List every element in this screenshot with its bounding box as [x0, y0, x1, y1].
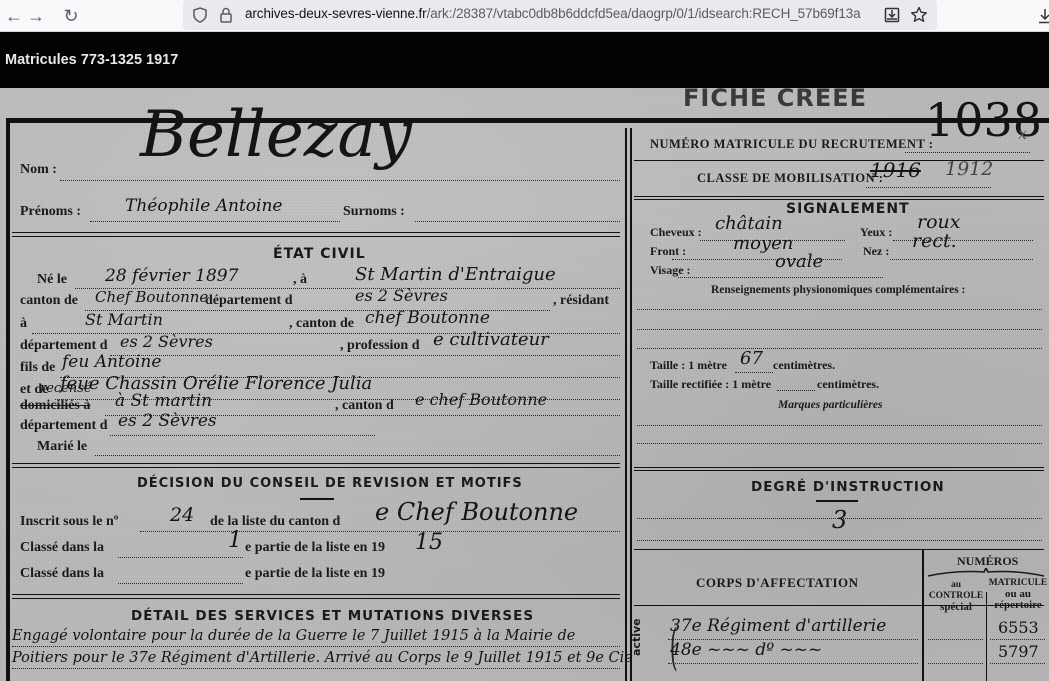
degre-value: 3 [832, 506, 847, 534]
decision-underline [300, 498, 334, 500]
departement3-line [110, 435, 375, 436]
taille-rect-unit: centimètres. [817, 377, 879, 392]
prenoms-label: Prénoms : [20, 204, 81, 220]
corps-row-line [668, 663, 918, 664]
nez-label: Nez : [863, 244, 889, 259]
shield-icon[interactable] [190, 5, 210, 25]
renseignements-label: Renseignements physionomiques complément… [711, 284, 965, 296]
degre-rule-2 [634, 470, 1044, 471]
canton-value: Chef Boutonne [95, 288, 208, 306]
reload-icon[interactable]: ↻ [59, 4, 83, 28]
prenoms-value: Théophile Antoine [125, 196, 283, 216]
inscrit-value: 24 [170, 504, 194, 526]
browser-toolbar: ← → ↻ archives-deux-sevres-vienne.fr/ark… [0, 0, 1049, 32]
profession-value: e cultivateur [433, 329, 549, 350]
degre-underline [816, 500, 858, 502]
numeros-title: NUMÉROS [957, 554, 1018, 569]
inscrit-label: Inscrit sous le nº [20, 514, 118, 530]
residant-label: , résidant [553, 293, 609, 309]
section-rule-3 [12, 463, 620, 464]
visage-line [678, 277, 883, 278]
mere-value: feue Chassin Orélie Florence Julia [60, 373, 372, 394]
yeux-label: Yeux : [860, 225, 892, 240]
matricule-row-line [990, 663, 1045, 664]
matricule-line [905, 152, 1030, 153]
partie1-label: e partie de la liste en 19 [245, 540, 385, 556]
domicile-value: à St martin [115, 391, 212, 411]
classe-value: 1912 [945, 158, 993, 180]
partie1-year: 15 [415, 530, 443, 555]
classe-line [866, 187, 991, 188]
ne-le-value: 28 février 1897 [105, 266, 238, 286]
canton-dom-value: e chef Boutonne [415, 390, 547, 409]
classe1-label: Classé dans la [20, 540, 104, 556]
inscrit-line [140, 531, 620, 532]
col-matricule-header: MATRICULE ou au répertoire [988, 578, 1048, 611]
taille-label: Taille : 1 mètre [650, 358, 727, 373]
services-title: DÉTAIL DES SERVICES ET MUTATIONS DIVERSE… [131, 608, 534, 624]
ne-le-label: Né le [37, 272, 67, 288]
nom-value: Bellezay [140, 98, 412, 172]
marques-line-2 [637, 443, 1042, 444]
cheveux-value: châtain [715, 213, 783, 234]
nez-line [890, 259, 1033, 260]
col-controle-header: au CONTROLE spécial [926, 580, 986, 613]
nom-label: Nom : [20, 162, 57, 178]
front-label: Front : [650, 244, 686, 259]
taille-unit: centimètres. [773, 358, 835, 373]
save-to-pocket-icon[interactable] [882, 5, 902, 25]
taille-line [735, 372, 773, 373]
partie2-label: e partie de la liste en 19 [245, 566, 385, 582]
profession-label: , profession d [340, 338, 419, 354]
corps-cell: 48e ~~~ dº ~~~ [670, 640, 822, 660]
address-bar[interactable]: archives-deux-sevres-vienne.fr/ark:/2838… [183, 0, 937, 30]
liste-canton-value: e Chef Boutonne [375, 498, 578, 526]
classe-rule-2 [634, 199, 1044, 200]
residence-value: St Martin [85, 310, 163, 329]
taille-rect-label: Taille rectifiée : 1 mètre [650, 377, 771, 392]
classe2-line [118, 583, 243, 584]
renseignements-line-2 [637, 329, 1042, 330]
matricule-label: NUMÉRO MATRICULE DU RECRUTEMENT : [650, 137, 933, 152]
recense-value: recensé [40, 381, 92, 396]
fiche-creee-stamp: FICHE CREEE [683, 88, 867, 112]
section-rule-4 [12, 467, 620, 468]
services-line-1: Engagé volontaire pour la durée de la Gu… [12, 628, 575, 644]
canton-dom-label: , canton d [335, 398, 394, 414]
section-rule-5 [12, 594, 620, 595]
url-text[interactable]: archives-deux-sevres-vienne.fr/ark:/2838… [245, 6, 861, 21]
viewer-header: Matricules 773-1325 1917 [0, 32, 1049, 88]
matricule-cell: 5797 [998, 642, 1039, 661]
corps-cell: 37e Régiment d'artillerie [670, 616, 886, 636]
section-rule [12, 232, 620, 233]
classe-label: CLASSE DE MOBILISATION : [697, 171, 883, 186]
canton-res-label: , canton de [289, 316, 354, 332]
column-divider-inner [630, 128, 632, 681]
document-scan[interactable]: FICHE CREEE Nom : Bellezay Prénoms : Thé… [0, 88, 1049, 681]
matricule-row-line [990, 639, 1045, 640]
taille-rect-line [777, 390, 815, 391]
renseignements-line-1 [637, 309, 1042, 310]
services-rule-2 [12, 668, 620, 669]
classe1-line [118, 557, 243, 558]
forward-arrow-icon[interactable]: → [24, 4, 48, 28]
birthplace-value: St Martin d'Entraigue [355, 264, 556, 285]
profession-line [110, 355, 620, 356]
star-icon[interactable] [909, 5, 929, 25]
canton-res-value: chef Boutonne [365, 308, 490, 328]
domicilies-label: domiciliés à [20, 398, 90, 414]
numeros-brace [926, 568, 1046, 578]
active-label: active [630, 618, 643, 656]
controle-row-line [928, 663, 983, 664]
controle-row-line [928, 639, 983, 640]
back-arrow-icon[interactable]: ← [2, 4, 26, 28]
lock-icon[interactable] [216, 5, 236, 25]
etat-civil-title: ÉTAT CIVIL [273, 246, 366, 262]
classe-rule [634, 196, 1044, 197]
services-rule-1 [12, 646, 620, 647]
classe-value-struck: 1916 [870, 158, 921, 182]
classe1-value: 1 [228, 528, 242, 553]
nom-line [60, 180, 620, 181]
services-line-2: Poitiers pour le 37e Régiment d'Artiller… [12, 650, 633, 666]
corps-rule [634, 549, 1044, 550]
cheveux-label: Cheveux : [650, 225, 702, 240]
visage-label: Visage : [650, 263, 691, 278]
download-icon[interactable] [1033, 4, 1049, 28]
pere-value: feu Antoine [62, 352, 161, 372]
marie-line [95, 455, 620, 456]
decision-title: DÉCISION DU CONSEIL DE REVISION ET MOTIF… [137, 476, 523, 491]
viewer-title: Matricules 773-1325 1917 [5, 52, 178, 68]
departement-label: département d [205, 293, 293, 309]
matricule-cell: 6553 [998, 618, 1039, 637]
table-header-rule [634, 605, 1044, 606]
fils-de-label: fils de [20, 360, 55, 376]
departement3-value: es 2 Sèvres [118, 411, 217, 431]
prenoms-line [90, 221, 340, 222]
marques-label: Marques particulières [778, 399, 882, 411]
departement3-label: département d [20, 418, 108, 434]
degre-rule [634, 467, 1044, 468]
departement-value: es 2 Sèvres [355, 286, 448, 305]
signalement-title: SIGNALEMENT [786, 201, 910, 217]
marques-line-1 [637, 425, 1042, 426]
corps-col-divider [922, 549, 924, 681]
matricule-mark: x [1018, 124, 1027, 143]
marie-label: Marié le [37, 439, 87, 455]
frame-left-rule [6, 118, 10, 681]
degre-line-2 [637, 540, 1042, 541]
visage-value: ovale [775, 251, 823, 272]
surnoms-label: Surnoms : [343, 204, 405, 220]
departement2-value: es 2 Sèvres [120, 332, 213, 351]
corps-title: CORPS D'AFFECTATION [696, 575, 859, 591]
surnoms-line [415, 221, 620, 222]
section-rule-2 [12, 236, 620, 237]
a-label: , à [293, 272, 307, 288]
renseignements-line-3 [637, 348, 1042, 349]
residence-a-label: à [20, 316, 27, 332]
nez-value: rect. [912, 230, 957, 252]
canton-label: canton de [20, 293, 78, 309]
classe2-label: Classé dans la [20, 566, 104, 582]
section-rule-6 [12, 598, 620, 599]
taille-value: 67 [740, 348, 763, 369]
degre-title: DEGRÉ D'INSTRUCTION [751, 479, 945, 495]
column-divider [625, 128, 627, 681]
